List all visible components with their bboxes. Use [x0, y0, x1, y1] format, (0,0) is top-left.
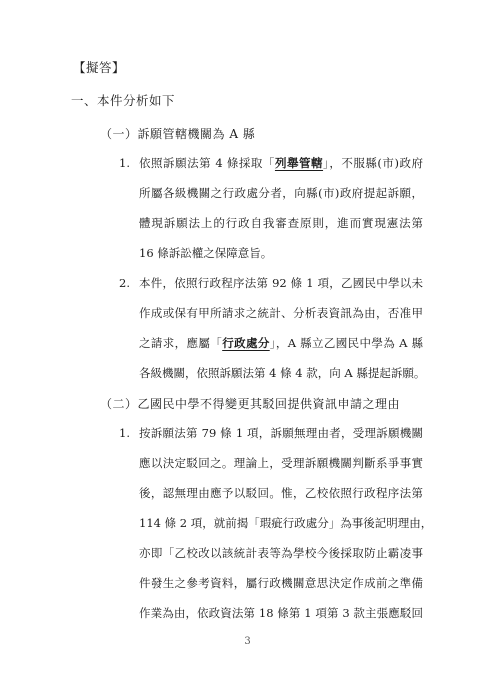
answer-heading: 【擬答】: [73, 61, 495, 76]
body-text-line: 體現訴願法上的行政自我審查原則，進而實現憲法第: [139, 217, 423, 231]
document-line: 亦即「乙校改以該統計表等為學校今後採取防止霸凌事: [0, 547, 495, 561]
text-segment: （一）訴願管轄機關為 A 縣: [100, 127, 255, 141]
list-number: 1.: [119, 427, 130, 441]
document-line: 作成或保有甲所請求之統計、分析表資訊為由，否准甲: [0, 307, 495, 321]
emphasized-term: 列舉管轄: [275, 156, 323, 170]
body-text-line: 後，認無理由應予以駁回。惟，乙校依照行政程序法第: [139, 487, 423, 501]
text-segment: 之請求，應屬「: [139, 336, 222, 350]
text-segment: 114 條 2 項，就前揭「瑕疵行政處分」為事後記明理由，: [139, 516, 432, 530]
text-segment: 依照訴願法第 4 條採取「: [139, 156, 275, 170]
list-number: 2.: [119, 277, 130, 291]
document-line: 2.本件，依照行政程序法第 92 條 1 項，乙國民中學以未: [0, 277, 495, 291]
document-line: 【擬答】: [0, 61, 495, 76]
text-segment: 亦即「乙校改以該統計表等為學校今後採取防止霸凌事: [139, 546, 423, 560]
body-text-line: 所屬各級機關之行政處分者，向縣(市)政府提起訴願，: [139, 187, 423, 201]
text-segment: 各級機關，依照訴願法第 4 條 4 款，向 A 縣提起訴願。: [139, 366, 425, 380]
text-segment: 本件，依照行政程序法第 92 條 1 項，乙國民中學以未: [139, 276, 423, 290]
body-text-line: 件發生之參考資料，屬行政機關意思決定作成前之準備: [139, 577, 423, 591]
text-segment: 作業為由，依政資法第 18 條第 1 項第 3 款主張應駁回: [139, 606, 423, 620]
document-line: 114 條 2 項，就前揭「瑕疵行政處分」為事後記明理由，: [0, 517, 495, 531]
document-line: 各級機關，依照訴願法第 4 條 4 款，向 A 縣提起訴願。: [0, 367, 495, 381]
subsection-heading: （一）訴願管轄機關為 A 縣: [100, 127, 495, 141]
body-text-line: 應以決定駁回之。理論上，受理訴願機關判斷系爭事實: [139, 457, 423, 471]
document-line: 後，認無理由應予以駁回。惟，乙校依照行政程序法第: [0, 487, 495, 501]
subsection-heading: （二）乙國民中學不得變更其駁回提供資訊申請之理由: [100, 397, 495, 411]
body-text-line: 各級機關，依照訴願法第 4 條 4 款，向 A 縣提起訴願。: [139, 367, 423, 381]
text-segment: 體現訴願法上的行政自我審查原則，進而實現憲法第: [139, 216, 423, 230]
body-text-line: 本件，依照行政程序法第 92 條 1 項，乙國民中學以未: [139, 277, 423, 291]
document-line: （二）乙國民中學不得變更其駁回提供資訊申請之理由: [0, 397, 495, 411]
document-line: 所屬各級機關之行政處分者，向縣(市)政府提起訴願，: [0, 187, 495, 201]
text-segment: 」，不服縣(市)政府: [323, 156, 423, 170]
document-page: 【擬答】一、本件分析如下（一）訴願管轄機關為 A 縣1.依照訴願法第 4 條採取…: [0, 0, 495, 700]
document-line: （一）訴願管轄機關為 A 縣: [0, 127, 495, 141]
body-text-line: 依照訴願法第 4 條採取「列舉管轄」，不服縣(市)政府: [139, 157, 423, 171]
body-text-line: 之請求，應屬「行政處分」，A 縣立乙國民中學為 A 縣: [139, 337, 423, 351]
text-segment: 應以決定駁回之。理論上，受理訴願機關判斷系爭事實: [139, 456, 423, 470]
document-line: 一、本件分析如下: [0, 94, 495, 109]
body-text-line: 114 條 2 項，就前揭「瑕疵行政處分」為事後記明理由，: [139, 517, 423, 531]
list-number: 1.: [119, 157, 130, 171]
body-text-line: 亦即「乙校改以該統計表等為學校今後採取防止霸凌事: [139, 547, 423, 561]
document-line: 1.依照訴願法第 4 條採取「列舉管轄」，不服縣(市)政府: [0, 157, 495, 171]
section-heading: 一、本件分析如下: [71, 94, 495, 109]
document-line: 件發生之參考資料，屬行政機關意思決定作成前之準備: [0, 577, 495, 591]
emphasized-term: 行政處分: [222, 336, 270, 350]
document-line: 應以決定駁回之。理論上，受理訴願機關判斷系爭事實: [0, 457, 495, 471]
text-segment: 16 條訴訟權之保障意旨。: [139, 246, 272, 260]
document-line: 1.按訴願法第 79 條 1 項，訴願無理由者，受理訴願機關: [0, 427, 495, 441]
document-line: 作業為由，依政資法第 18 條第 1 項第 3 款主張應駁回: [0, 607, 495, 621]
document-line: 16 條訴訟權之保障意旨。: [0, 247, 495, 261]
text-segment: 件發生之參考資料，屬行政機關意思決定作成前之準備: [139, 576, 423, 590]
body-text-line: 作業為由，依政資法第 18 條第 1 項第 3 款主張應駁回: [139, 607, 423, 621]
text-segment: 作成或保有甲所請求之統計、分析表資訊為由，否准甲: [139, 306, 423, 320]
page-number: 3: [0, 636, 495, 647]
text-segment: 按訴願法第 79 條 1 項，訴願無理由者，受理訴願機關: [139, 426, 423, 440]
text-segment: 」，A 縣立乙國民中學為 A 縣: [270, 336, 423, 350]
text-segment: 後，認無理由應予以駁回。惟，乙校依照行政程序法第: [139, 486, 423, 500]
document-line: 之請求，應屬「行政處分」，A 縣立乙國民中學為 A 縣: [0, 337, 495, 351]
text-segment: 所屬各級機關之行政處分者，向縣(市)政府提起訴願，: [139, 186, 423, 200]
body-text-line: 作成或保有甲所請求之統計、分析表資訊為由，否准甲: [139, 307, 423, 321]
text-segment: （二）乙國民中學不得變更其駁回提供資訊申請之理由: [100, 397, 400, 411]
text-segment: 【擬答】: [73, 60, 125, 75]
text-segment: 一、本件分析如下: [71, 93, 175, 108]
body-text-line: 16 條訴訟權之保障意旨。: [139, 247, 423, 261]
document-line: 體現訴願法上的行政自我審查原則，進而實現憲法第: [0, 217, 495, 231]
body-text-line: 按訴願法第 79 條 1 項，訴願無理由者，受理訴願機關: [139, 427, 423, 441]
